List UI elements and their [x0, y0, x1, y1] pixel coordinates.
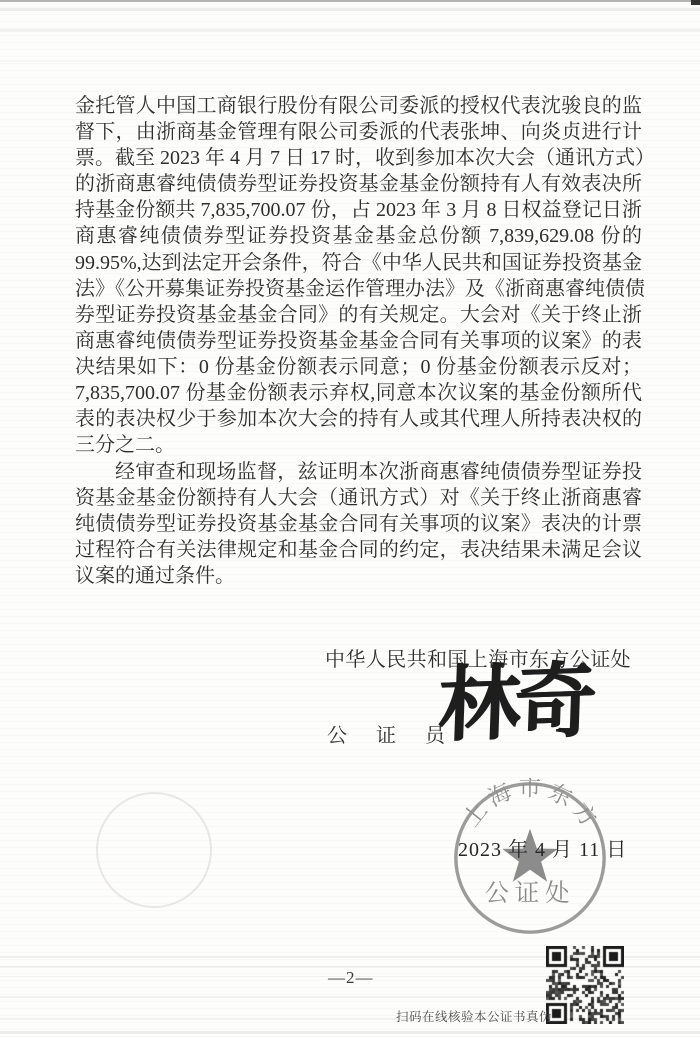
scan-artifact-streak — [0, 29, 700, 32]
text-line: 督下，由浙商基金管理有限公司委派的代表张坤、向炎贞进行计 — [75, 119, 642, 145]
text-line: 决结果如下：0 份基金份额表示同意；0 份基金份额表示反对； — [75, 354, 642, 380]
text-line: 纯债债券型证券投资基金基金合同有关事项的议案》表决的计票 — [75, 511, 642, 537]
text-line: 表的表决权少于参加本次大会的持有人或其代理人所持表决权的 — [75, 406, 642, 432]
text-line: 议案的通过条件。 — [75, 563, 642, 589]
ghost-stamp-artifact — [96, 792, 212, 908]
text-line: 金托管人中国工商银行股份有限公司委派的授权代表沈骏良的监 — [75, 93, 642, 119]
text-line: 资基金基金份额持有人大会（通讯方式）对《关于终止浙商惠睿 — [75, 485, 642, 511]
text-line: 过程符合有关法律规定和基金合同的约定，表决结果未满足会议 — [75, 537, 642, 563]
scan-artifact-streak — [0, 8, 700, 11]
body-paragraph-2: 经审查和现场监督，兹证明本次浙商惠睿纯债债券型证券投 资基金基金份额持有人大会（… — [75, 459, 642, 589]
text-line: 商惠睿纯债债券型证券投资基金基金总份额 7,839,629.08 份的 — [75, 223, 642, 249]
notary-signature: 林奇 — [437, 658, 660, 748]
scan-artifact-top-edge — [0, 0, 700, 2]
document-page: 金托管人中国工商银行股份有限公司委派的授权代表沈骏良的监 督下，由浙商基金管理有… — [0, 0, 700, 1038]
text-line: 券型证券投资基金基金合同》的有关规定。大会对《关于终止浙 — [75, 302, 642, 328]
text-line: 经审查和现场监督，兹证明本次浙商惠睿纯债债券型证券投 — [75, 459, 642, 485]
text-line: 票。截至 2023 年 4 月 7 日 17 时，收到参加本次大会（通讯方式） — [75, 145, 642, 171]
text-line: 商惠睿纯债债券型证券投资基金基金合同有关事项的议案》的表 — [75, 328, 642, 354]
stamp-bottom-text: 公证处 — [485, 880, 576, 907]
text-line: 法》《公开募集证券投资基金运作管理办法》及《浙商惠睿纯债债 — [75, 276, 642, 302]
text-line: 7,835,700.07 份基金份额表示弃权,同意本次议案的基金份额所代 — [75, 380, 642, 406]
scan-artifact-streak — [0, 60, 700, 62]
text-line: 持基金份额共 7,835,700.07 份，占 2023 年 3 月 8 日权益… — [75, 197, 642, 223]
text-line: 三分之二。 — [75, 432, 642, 458]
stamp-arc-text: 上 海 市 东 方 — [458, 778, 601, 831]
scan-artifact-corner-mark — [691, 0, 700, 5]
page-number: —2— — [328, 968, 374, 988]
qr-code — [546, 946, 624, 1024]
body-paragraph-1: 金托管人中国工商银行股份有限公司委派的授权代表沈骏良的监 督下，由浙商基金管理有… — [75, 93, 642, 458]
qr-caption: 扫码在线核验本公证书真伪 — [396, 1007, 552, 1025]
text-line: 的浙商惠睿纯债债券型证券投资基金基金份额持有人有效表决所 — [75, 171, 642, 197]
notarization-date: 2023 年 4 月 11 日 — [458, 833, 627, 862]
text-line: 99.95%,达到法定开会条件，符合《中华人民共和国证券投资基金 — [75, 250, 642, 276]
scan-artifact-streak — [0, 1031, 700, 1034]
